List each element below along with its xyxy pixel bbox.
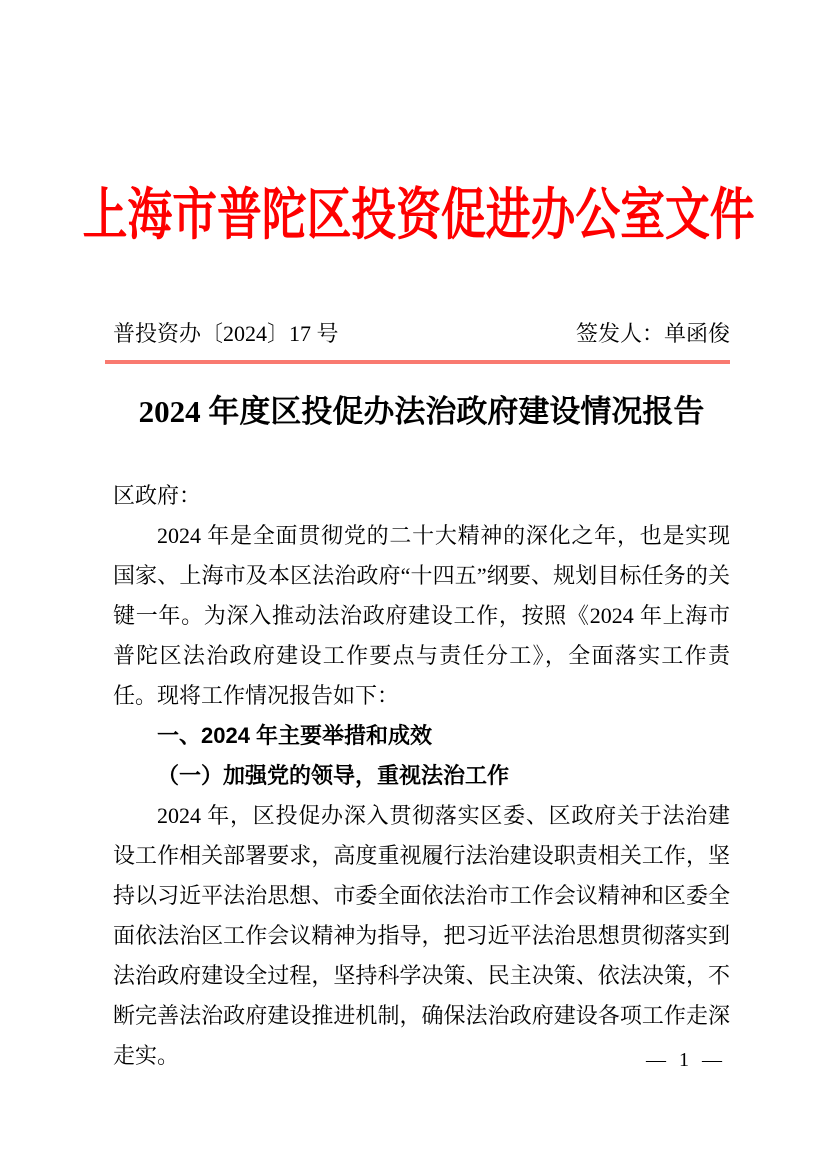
doc-number: 普投资办〔2024〕17 号 xyxy=(113,320,339,348)
red-divider-line xyxy=(105,360,730,364)
subsection-heading-1-1: （一）加强党的领导，重视法治工作 xyxy=(113,756,730,796)
document-title: 2024 年度区投促办法治政府建设情况报告 xyxy=(113,390,730,434)
document-body: 区政府： 2024 年是全面贯彻党的二十大精神的深化之年，也是实现国家、上海市及… xyxy=(113,476,730,1076)
section-heading-1: 一、2024 年主要举措和成效 xyxy=(113,716,730,756)
document-page: 上海市普陀区投资促进办公室文件 普投资办〔2024〕17 号 签发人：单函俊 2… xyxy=(0,0,826,1169)
salutation: 区政府： xyxy=(113,476,730,516)
paragraph-intro: 2024 年是全面贯彻党的二十大精神的深化之年，也是实现国家、上海市及本区法治政… xyxy=(113,516,730,716)
letterhead-org-title: 上海市普陀区投资促进办公室文件 xyxy=(83,184,744,248)
doc-info-row: 普投资办〔2024〕17 号 签发人：单函俊 xyxy=(113,320,730,348)
signer-name: 签发人：单函俊 xyxy=(576,320,730,348)
paragraph-section-1-1: 2024 年，区投促办深入贯彻落实区委、区政府关于法治建设工作相关部署要求，高度… xyxy=(113,796,730,1076)
page-number: — 1 — xyxy=(646,1048,726,1072)
document-content: 普投资办〔2024〕17 号 签发人：单函俊 2024 年度区投促办法治政府建设… xyxy=(0,320,826,1076)
